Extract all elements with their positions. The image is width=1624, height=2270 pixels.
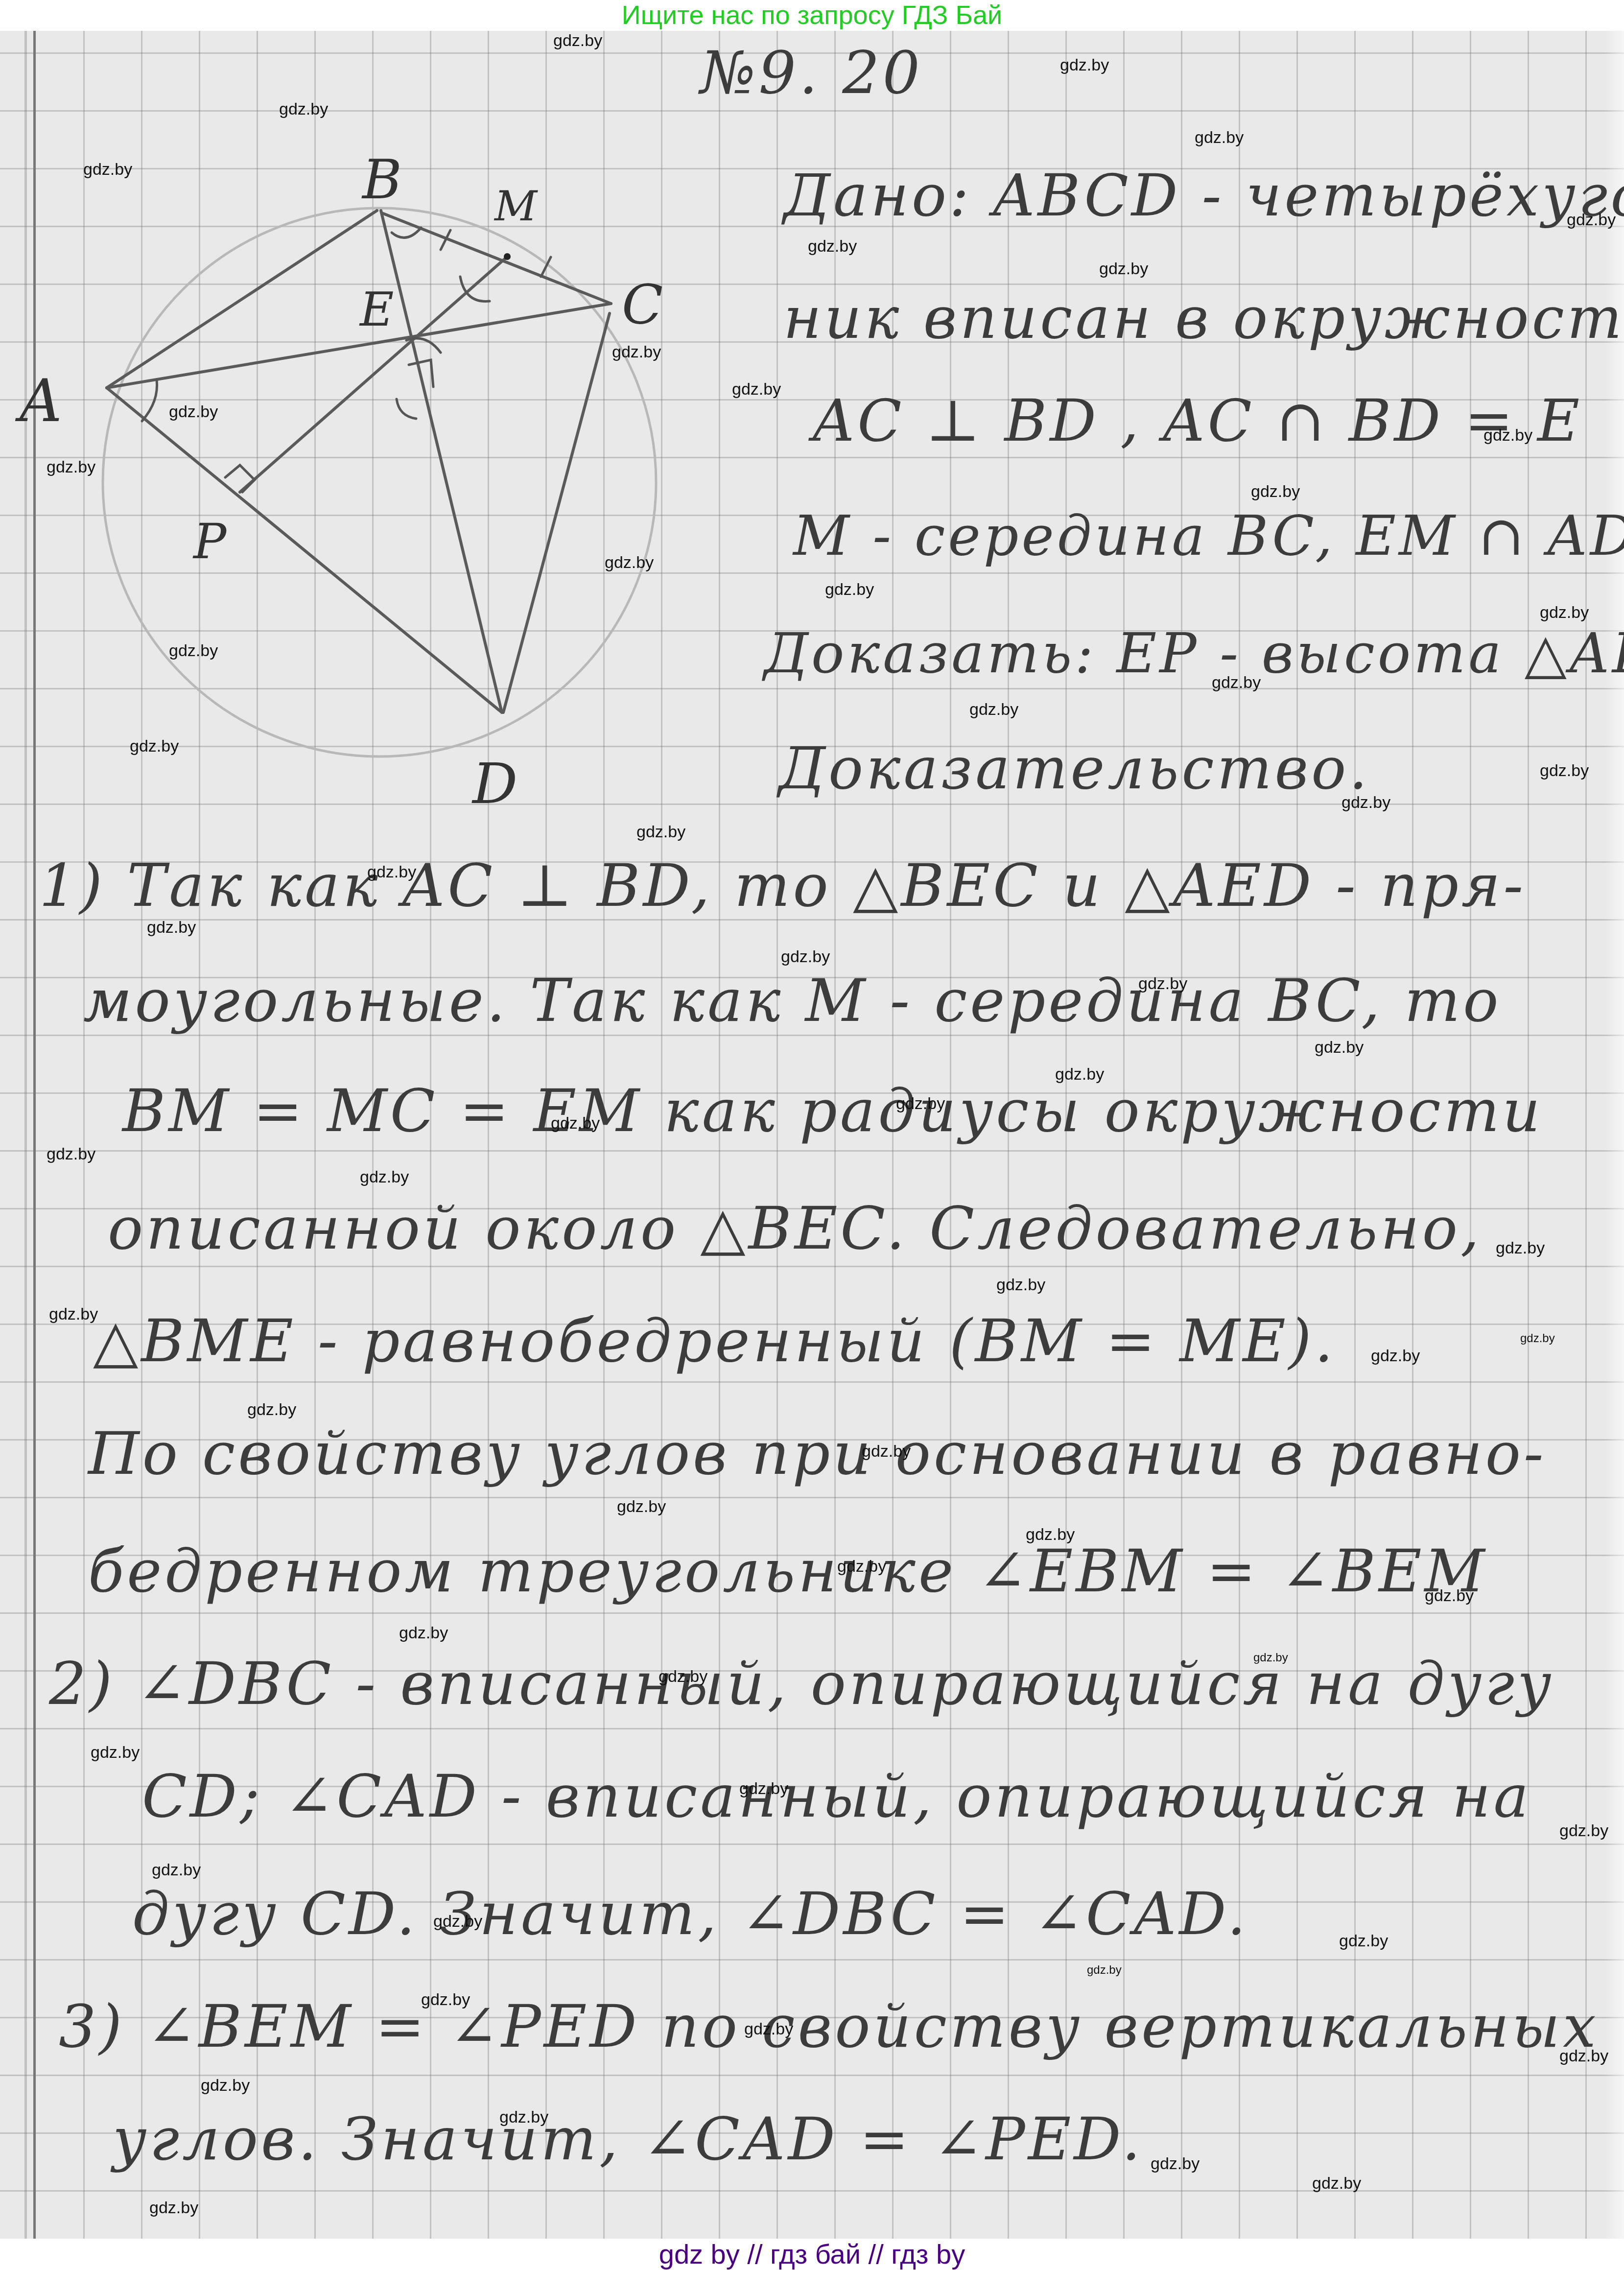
proof-line: По свойству углов при основании в равно- <box>88 1420 1547 1488</box>
watermark: gdz.by <box>47 458 95 477</box>
watermark: gdz.by <box>421 1990 470 2010</box>
proof-line: бедренном треугольнике ∠EBM = ∠BEM <box>88 1537 1487 1606</box>
to-prove-line: Доказать: EP - высота △AED <box>764 622 1624 686</box>
watermark: gdz.by <box>1060 56 1109 75</box>
proof-line: моугольные. Так как M - середина BC, то <box>83 967 1502 1035</box>
watermark: gdz.by <box>247 1400 296 1419</box>
watermark: gdz.by <box>91 1743 140 1762</box>
watermark: gdz.by <box>130 737 179 756</box>
watermark: gdz.by <box>1055 1065 1104 1084</box>
watermark: gdz.by <box>433 1912 482 1931</box>
proof-line: дугу CD. Значит, ∠DBC = ∠CAD. <box>132 1880 1248 1948</box>
watermark: gdz.by <box>83 160 132 179</box>
diagonal-ac <box>107 304 611 388</box>
watermark: gdz.by <box>1540 603 1589 622</box>
watermark: gdz.by <box>169 641 218 661</box>
watermark: gdz.by <box>553 31 602 50</box>
watermark: gdz.by <box>744 2020 793 2039</box>
watermark: gdz.by <box>1151 2154 1200 2174</box>
proof-line: углов. Значит, ∠CAD = ∠PED. <box>113 2105 1143 2174</box>
angle-arc-a <box>142 379 157 421</box>
watermark: gdz.by <box>47 1145 95 1164</box>
proof-line: BM = MC = EM как радиусы окружности <box>122 1077 1543 1145</box>
watermark: gdz.by <box>969 700 1018 719</box>
watermark: gdz.by <box>862 1442 911 1461</box>
label-a: A <box>15 367 62 435</box>
watermark: gdz.by <box>499 2108 548 2127</box>
watermark: gdz.by <box>1520 1332 1555 1346</box>
watermark: gdz.by <box>612 343 661 362</box>
watermark: gdz.by <box>1559 1821 1608 1841</box>
angle-arc-e2 <box>397 399 416 419</box>
proof-line: CD; ∠CAD - вписанный, опирающийся на <box>142 1763 1531 1831</box>
watermark: gdz.by <box>1425 1586 1474 1606</box>
watermark: gdz.by <box>659 1667 707 1686</box>
watermark: gdz.by <box>1251 482 1300 501</box>
watermark: gdz.by <box>551 1114 600 1133</box>
proof-line: △BME - равнобедренный (BM = ME). <box>93 1307 1336 1375</box>
watermark: gdz.by <box>837 1557 886 1576</box>
label-c: C <box>622 273 663 336</box>
watermark: gdz.by <box>825 580 874 599</box>
watermark: gdz.by <box>1253 1651 1288 1665</box>
watermark: gdz.by <box>1195 128 1244 147</box>
problem-number: №9. 20 <box>700 39 923 107</box>
watermark: gdz.by <box>1212 673 1261 692</box>
given-line: M - середина BC, EM ∩ AD = P <box>793 504 1624 568</box>
proof-heading: Доказательство. <box>778 734 1370 802</box>
watermark: gdz.by <box>1496 1239 1545 1258</box>
watermark: gdz.by <box>147 918 196 937</box>
proof-line: 1) Так как AC ⊥ BD, то △BEC и △AED - пря… <box>39 852 1526 920</box>
side-cd <box>503 313 610 712</box>
label-p: P <box>192 513 227 570</box>
point-m <box>504 253 511 260</box>
watermark: gdz.by <box>1312 2174 1361 2193</box>
watermark: gdz.by <box>896 1094 945 1113</box>
watermark: gdz.by <box>1339 1932 1388 1951</box>
side-ab <box>107 211 377 388</box>
tick-em <box>460 277 490 301</box>
given-line: Дано: ABCD - четырёхуголь- <box>783 162 1624 229</box>
watermark: gdz.by <box>1483 426 1532 445</box>
watermark: gdz.by <box>617 1497 666 1516</box>
watermark: gdz.by <box>1099 260 1148 279</box>
watermark: gdz.by <box>1026 1525 1075 1544</box>
watermark: gdz.by <box>1559 2047 1608 2066</box>
given-line: AC ⊥ BD , AC ∩ BD = E <box>813 387 1582 454</box>
watermark: gdz.by <box>149 2199 198 2218</box>
watermark: gdz.by <box>636 823 685 842</box>
watermark: gdz.by <box>1371 1347 1420 1366</box>
watermark: gdz.by <box>1315 1038 1364 1057</box>
watermark: gdz.by <box>201 2076 250 2095</box>
given-line: ник вписан в окружность, <box>783 284 1624 352</box>
watermark: gdz.by <box>279 100 328 119</box>
proof-line: 3) ∠BEM = ∠PED по свойству вертикальных <box>59 1993 1599 2061</box>
proof-line: описанной около △BEC. Следовательно, <box>108 1195 1482 1263</box>
watermark: gdz.by <box>808 237 857 256</box>
watermark: gdz.by <box>739 1779 788 1798</box>
watermark: gdz.by <box>169 402 218 422</box>
site-footer-banner: gdz by // гдз бай // гдз by <box>0 2239 1624 2270</box>
watermark: gdz.by <box>152 1861 201 1880</box>
watermark: gdz.by <box>49 1305 98 1324</box>
watermark: gdz.by <box>1540 761 1589 780</box>
watermark: gdz.by <box>1138 974 1187 993</box>
label-b: B <box>361 148 402 211</box>
diagonal-bd <box>381 211 502 712</box>
watermark: gdz.by <box>605 553 654 572</box>
watermark: gdz.by <box>367 863 416 882</box>
watermark: gdz.by <box>781 947 830 967</box>
watermark: gdz.by <box>1342 793 1390 812</box>
label-d: D <box>471 751 518 817</box>
watermark: gdz.by <box>360 1168 409 1187</box>
watermark: gdz.by <box>996 1276 1045 1295</box>
label-e: E <box>359 283 394 337</box>
label-m: M <box>494 182 538 231</box>
angle-arc-b <box>392 228 421 237</box>
watermark: gdz.by <box>732 380 781 399</box>
watermark: gdz.by <box>1567 211 1616 230</box>
watermark: gdz.by <box>399 1624 448 1643</box>
proof-line: 2) ∠DBC - вписанный, опирающийся на дугу <box>49 1650 1554 1718</box>
watermark: gdz.by <box>1087 1963 1122 1977</box>
